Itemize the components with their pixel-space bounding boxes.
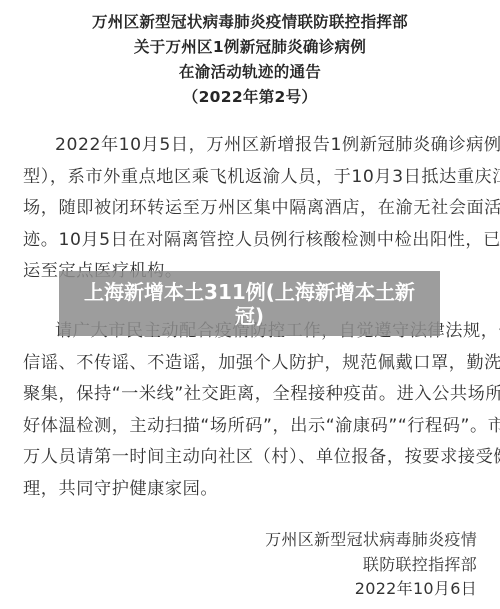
signature-block: 万州区新型冠状病毒肺炎疫情 联防联控指挥部 2022年10月6日 [265, 528, 477, 602]
title-line-subject-2: 在渝活动轨迹的通告 [0, 60, 500, 85]
paragraph-line: 信谣、不传谣、不造谣，加强个人防护，规范佩戴口罩，勤洗手，少 [23, 348, 479, 380]
paragraph-line: 型），系市外重点地区乘飞机返渝人员，于10月3日抵达重庆江北机 [23, 162, 479, 194]
paragraph-line: 理，共同守护健康家园。 [23, 474, 479, 506]
caption-line: 上海新增本土311例(上海新增本土新 [84, 280, 415, 304]
headline-caption-overlay: 上海新增本土311例(上海新增本土新 冠) [59, 271, 440, 336]
title-line-issuer: 万州区新型冠状病毒肺炎疫情联防联控指挥部 [0, 10, 500, 35]
paragraph-line: 2022年10月5日，万州区新增报告1例新冠肺炎确诊病例（轻 [23, 130, 479, 162]
signature-issuer: 万州区新型冠状病毒肺炎疫情 [265, 528, 477, 553]
paragraph-case-details: 2022年10月5日，万州区新增报告1例新冠肺炎确诊病例（轻 型），系市外重点地… [23, 130, 479, 288]
paragraph-public-advice: 请广大市民主动配合疫情防控工作，自觉遵守法律法规，做到不 信谣、不传谣、不造谣，… [23, 316, 479, 505]
caption-line: 冠) [235, 304, 264, 328]
paragraph-line: 场，随即被闭环转运至万州区集中隔离酒店，在渝无社会面活动轨 [23, 193, 479, 225]
paragraph-line: 聚集，保持“一米线”社交距离，全程接种疫苗。进入公共场所配合做 [23, 379, 479, 411]
title-line-subject: 关于万州区1例新冠肺炎确诊病例 [0, 35, 500, 60]
paragraph-line: 万人员请第一时间主动向社区（村）、单位报备，按要求接受健康管 [23, 442, 479, 474]
paragraph-line: 迹。10月5日在对隔离管控人员例行核酸检测中检出阳性，已闭环转 [23, 225, 479, 257]
paragraph-line: 好体温检测，主动扫描“场所码”，出示“渝康码”“行程码”。市外来万返 [23, 411, 479, 443]
signature-issuer-2: 联防联控指挥部 [265, 553, 477, 578]
notice-title: 万州区新型冠状病毒肺炎疫情联防联控指挥部 关于万州区1例新冠肺炎确诊病例 在渝活… [0, 10, 500, 110]
title-line-number: （2022年第2号） [0, 85, 500, 110]
signature-date: 2022年10月6日 [265, 577, 477, 602]
